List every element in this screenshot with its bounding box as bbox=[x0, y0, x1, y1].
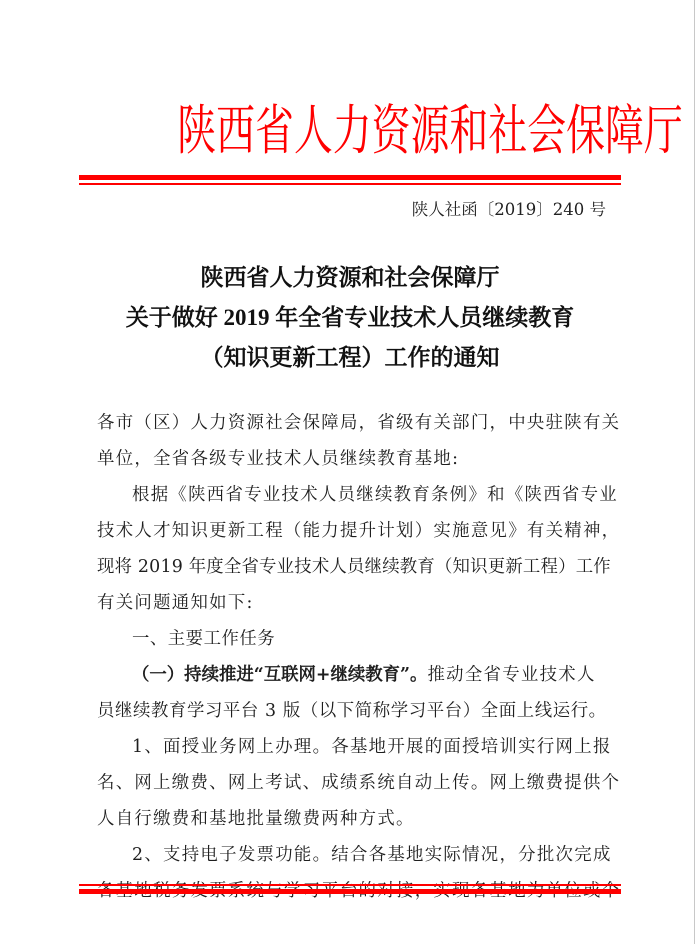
body-line: 现将 2019 年度全省专业技术人员继续教育（知识更新工程）工作 bbox=[97, 549, 617, 585]
body-line: 有关问题通知如下: bbox=[97, 585, 617, 621]
title-line-1: 陕西省人力资源和社会保障厅 bbox=[79, 258, 621, 298]
title-line-2: 关于做好 2019 年全省专业技术人员继续教育 bbox=[79, 298, 621, 338]
section-heading: 一、主要工作任务 bbox=[97, 621, 617, 657]
body-line: 员继续教育学习平台 3 版（以下简称学习平台）全面上线运行。 bbox=[97, 693, 617, 729]
document-number: 陕人社函〔2019〕240 号 bbox=[0, 198, 606, 222]
document-page: 陕西省人力资源和社会保障厅 陕人社函〔2019〕240 号 陕西省人力资源和社会… bbox=[0, 0, 698, 944]
masthead-thin-rule bbox=[79, 183, 621, 185]
body-line: 各市（区）人力资源社会保障局，省级有关部门，中央驻陕有关 bbox=[97, 405, 617, 441]
body-line: 单位，全省各级专业技术人员继续教育基地: bbox=[97, 441, 617, 477]
footer-thick-rule bbox=[79, 889, 621, 894]
body-line: 人自行缴费和基地批量缴费两种方式。 bbox=[97, 801, 617, 837]
issuer-masthead: 陕西省人力资源和社会保障厅 bbox=[79, 98, 621, 164]
body-line: 1、面授业务网上办理。各基地开展的面授培训实行网上报 bbox=[97, 729, 617, 765]
masthead-text: 陕西省人力资源和社会保障厅 bbox=[177, 98, 682, 164]
masthead-thick-rule bbox=[79, 175, 621, 180]
body-line: 2、支持电子发票功能。结合各基地实际情况，分批次完成 bbox=[97, 837, 617, 873]
footer-thin-rule bbox=[79, 884, 621, 886]
subsection-heading: （一）持续推进“互联网+继续教育”。 bbox=[132, 665, 427, 685]
body-line-text: 推动全省专业技术人 bbox=[427, 665, 595, 685]
body-line: （一）持续推进“互联网+继续教育”。推动全省专业技术人 bbox=[97, 657, 617, 693]
body-line: 根据《陕西省专业技术人员继续教育条例》和《陕西省专业 bbox=[97, 477, 617, 513]
document-title: 陕西省人力资源和社会保障厅 关于做好 2019 年全省专业技术人员继续教育 （知… bbox=[79, 258, 621, 378]
body-line: 名、网上缴费、网上考试、成绩系统自动上传。网上缴费提供个 bbox=[97, 765, 617, 801]
page-edge-divider bbox=[694, 0, 695, 944]
document-body: 各市（区）人力资源社会保障局，省级有关部门，中央驻陕有关 单位，全省各级专业技术… bbox=[97, 405, 617, 909]
body-line: 技术人才知识更新工程（能力提升计划）实施意见》有关精神， bbox=[97, 513, 617, 549]
title-line-3: （知识更新工程）工作的通知 bbox=[79, 338, 621, 378]
